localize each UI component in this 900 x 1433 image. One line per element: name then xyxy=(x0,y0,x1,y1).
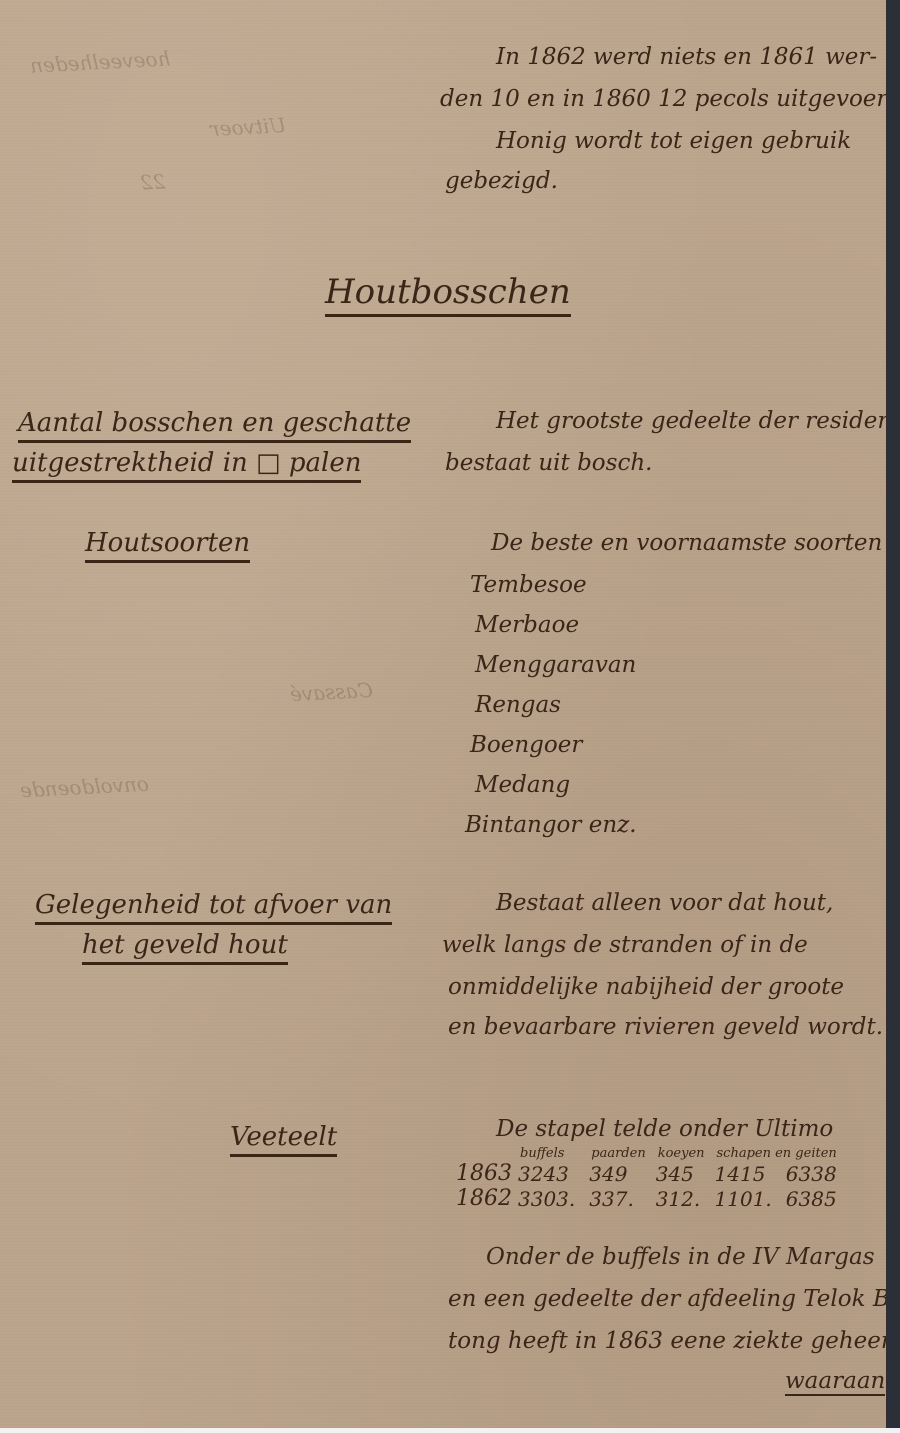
scan-border-bottom xyxy=(0,1428,900,1433)
column-header: buffels xyxy=(514,1146,585,1161)
list-item: Tembesoe xyxy=(470,572,587,598)
manuscript-page: hoeveelheden Uitvoer 22 Cassavé onvoldoe… xyxy=(0,0,886,1428)
column-header: paarden xyxy=(585,1146,651,1161)
cell-koeyen: 345 xyxy=(652,1161,711,1186)
text-line: welk langs de stranden of in de xyxy=(442,932,808,958)
text-line: den 10 en in 1860 12 pecols uitgevoerd. xyxy=(440,86,886,112)
table-row: 1863 3243 349 345 1415 6338 xyxy=(452,1161,847,1186)
cell-koeyen: 312. xyxy=(652,1186,711,1211)
cell-buffels: 3303. xyxy=(514,1186,585,1211)
text-line: en bevaarbare rivieren geveld wordt. xyxy=(448,1014,883,1040)
text-line: Honig wordt tot eigen gebruik xyxy=(440,128,851,154)
margin-heading: Houtsoorten xyxy=(85,528,250,563)
row-year: 1863 xyxy=(452,1161,514,1186)
bleed-through-text: 22 xyxy=(139,169,166,194)
text-line: Het grootste gedeelte der residentie xyxy=(440,408,886,434)
text-line: onmiddelijke nabijheid der groote xyxy=(448,974,844,1000)
list-item: Medang xyxy=(475,772,570,798)
text-line: bestaat uit bosch. xyxy=(445,450,652,476)
list-item: Boengoer xyxy=(470,732,582,758)
margin-heading: het geveld hout xyxy=(82,930,288,965)
column-header: koeyen xyxy=(652,1146,711,1161)
margin-heading: Gelegenheid tot afvoer van xyxy=(35,890,392,925)
bleed-through-text: Uitvoer xyxy=(209,113,286,141)
livestock-table: buffels paarden koeyen schapen en geiten… xyxy=(452,1146,847,1211)
cell-paarden: 349 xyxy=(585,1161,651,1186)
bleed-through-text: hoeveelheden xyxy=(29,46,170,77)
text-line: gebezigd. xyxy=(445,168,558,194)
text-line: Bestaat alleen voor dat hout, xyxy=(440,890,833,916)
scan-border-right xyxy=(886,0,900,1433)
section-title: Houtbosschen xyxy=(325,272,571,317)
table-row: 1862 3303. 337. 312. 1101. 6385 xyxy=(452,1186,847,1211)
list-item: Rengas xyxy=(475,692,561,718)
column-header-spacer xyxy=(452,1146,514,1161)
list-item: Bintangor enz. xyxy=(465,812,637,838)
list-item: Menggaravan xyxy=(475,652,636,678)
column-header: schapen en geiten xyxy=(711,1146,847,1161)
margin-heading: Veeteelt xyxy=(230,1122,337,1157)
cell-buffels: 3243 xyxy=(514,1161,585,1186)
bleed-through-text: Cassavé xyxy=(289,678,373,706)
cell-geiten: 6385 xyxy=(782,1186,847,1211)
cell-paarden: 337. xyxy=(585,1186,651,1211)
text-line: Onder de buffels in de IV Margas xyxy=(430,1244,875,1270)
margin-heading: uitgestrektheid in □ palen xyxy=(12,448,361,483)
cell-geiten: 6338 xyxy=(782,1161,847,1186)
cell-schapen: 1415 xyxy=(711,1161,782,1186)
text-line: De stapel telde onder Ultimo xyxy=(440,1116,833,1142)
text-line: en een gedeelte der afdeeling Telok Be- xyxy=(448,1286,886,1312)
cell-schapen: 1101. xyxy=(711,1186,782,1211)
table-header-row: buffels paarden koeyen schapen en geiten xyxy=(452,1146,847,1161)
row-year: 1862 xyxy=(452,1186,514,1211)
text-line-underlined: waaraan xyxy=(785,1368,885,1396)
bleed-through-text: onvoldoende xyxy=(19,772,149,803)
text-line: De beste en voornaamste soorten zijn: xyxy=(435,530,886,556)
margin-heading: Aantal bosschen en geschatte xyxy=(18,408,411,443)
list-item: Merbaoe xyxy=(475,612,579,638)
text-line: tong heeft in 1863 eene ziekte geheersch… xyxy=(448,1328,886,1354)
text-line: In 1862 werd niets en 1861 wer- xyxy=(440,44,877,70)
